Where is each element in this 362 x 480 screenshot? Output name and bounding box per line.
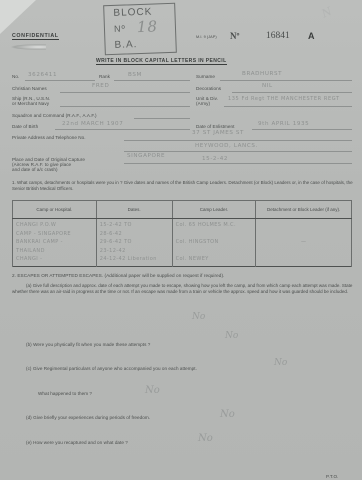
stamp-block-number: 18: [137, 17, 159, 36]
capture-date: 15-2-42: [202, 156, 228, 162]
surname-value: BRADHURST: [242, 71, 282, 77]
instruction-heading: WRITE IN BLOCK CAPITAL LETTERS IN PENCIL: [96, 58, 227, 65]
date-of-enlistment-label: Date of Enlistment: [196, 124, 234, 129]
detachment-leader-cell: —: [256, 219, 352, 267]
rank-value: BSM: [128, 72, 142, 78]
ship-label-line2: or Merchant Navy: [12, 101, 49, 106]
pto-label: P.T.O.: [326, 474, 338, 479]
block-stamp: BLOCK Nº 18 B.A.: [103, 3, 177, 55]
date-of-birth-value: 22nd MARCH 1907: [62, 121, 123, 127]
question-b: (b) Were you physically fit when you mad…: [26, 342, 150, 347]
decorations-value: NIL: [262, 83, 273, 89]
unit-rule: [224, 106, 352, 107]
capture-label-line3: and date of a/c crash): [12, 167, 58, 172]
rank-rule: [114, 80, 190, 81]
classification-label: CONFIDENTIAL: [12, 33, 59, 40]
no-label: No.: [12, 74, 19, 79]
stamp-no-prefix: Nº: [114, 23, 126, 33]
no-value: 3626411: [28, 72, 57, 78]
answer-d: No: [220, 409, 235, 420]
date-of-birth-label: Date of Birth: [12, 124, 38, 129]
document-page: CONFIDENTIAL BLOCK Nº 18 B.A. M.I. 9 (JA…: [0, 0, 362, 480]
address-rule-1: [124, 140, 352, 141]
date-of-enlistment-value: 9th APRIL 1935: [258, 121, 309, 127]
camp-cell: CHANGI P.O.W CAMP - SINGAPORE BANKRAI CA…: [13, 219, 97, 267]
question-c-what-happened: What happened to them ?: [38, 391, 92, 396]
column-header-dates: Dates.: [96, 201, 172, 219]
surname-rule: [220, 80, 352, 81]
question-a: (a) Give full description and approx. da…: [12, 283, 354, 294]
section2-heading: 2. ESCAPES OR ATTEMPTED ESCAPES. (Additi…: [12, 273, 224, 278]
document-number: 16841: [266, 31, 290, 41]
christian-names-rule: [60, 92, 190, 93]
answer-b: No: [225, 331, 238, 341]
column-header-detachment-leader: Detachment or Block Leader (if any).: [256, 201, 352, 219]
camp-leader-cell: Col. 65 HOLMES M.C. Col. HINGSTON Col. N…: [172, 219, 256, 267]
address-line1: 37 ST JAMES ST: [192, 130, 244, 136]
squadron-label: Squadron and Command (R.A.F., A.A.F.): [12, 113, 97, 118]
private-address-label: Private Address and Telephone No.: [12, 135, 86, 140]
decorations-label: Decorations: [196, 86, 221, 91]
rank-label: Rank: [99, 74, 110, 79]
question-e: (e) How were you recaptured and on what …: [26, 440, 128, 445]
surname-label: Surname: [196, 74, 215, 79]
answer-c-what-happened: No: [145, 385, 160, 396]
capture-place: SINGAPORE: [127, 153, 165, 159]
unit-value: 135 Fd Regt THE MANCHESTER REGT: [228, 96, 340, 102]
number-prefix: Nº: [230, 31, 239, 41]
capture-rule: [124, 163, 352, 164]
question-d: (d) Give briefly your experiences during…: [26, 415, 150, 420]
squadron-rule: [134, 118, 190, 119]
question-c: (c) Give Regimental particulars of anyon…: [26, 366, 197, 371]
address-line2: HEYWOOD, LANCS.: [195, 143, 258, 149]
unit-label-line2: (Army): [196, 101, 210, 106]
ship-rule: [60, 106, 190, 107]
answer-c: No: [274, 358, 287, 368]
decorations-rule: [232, 92, 352, 93]
date-of-enlistment-rule: [252, 129, 352, 130]
answer-e: No: [198, 433, 213, 444]
dates-cell: 15-2-42 TO 28-6-42 29-6-42 TO 23-12-42 2…: [96, 219, 172, 267]
answer-a: No: [192, 312, 205, 322]
address-rule-2: [124, 151, 352, 152]
date-of-birth-rule: [55, 129, 190, 130]
form-reference: M.I. 9 (JAP): [196, 35, 217, 39]
folded-corner: [0, 0, 36, 34]
column-header-camp-leader: Camp Leader.: [172, 201, 256, 219]
table-row: CHANGI P.O.W CAMP - SINGAPORE BANKRAI CA…: [13, 219, 352, 267]
stamp-line3: B.A.: [114, 39, 137, 51]
document-suffix: A: [308, 31, 315, 41]
christian-names-label: Christian Names: [12, 86, 47, 91]
corner-note: N: [320, 5, 334, 21]
paper-clip-mark: [10, 44, 46, 50]
camps-table: Camp or Hospital. Dates. Camp Leader. De…: [12, 200, 352, 267]
no-rule: [25, 80, 95, 81]
column-header-camp: Camp or Hospital.: [13, 201, 97, 219]
section1-question: 1. What camps, detachments or hospitals …: [12, 180, 354, 191]
christian-names-value: FRED: [92, 83, 109, 89]
